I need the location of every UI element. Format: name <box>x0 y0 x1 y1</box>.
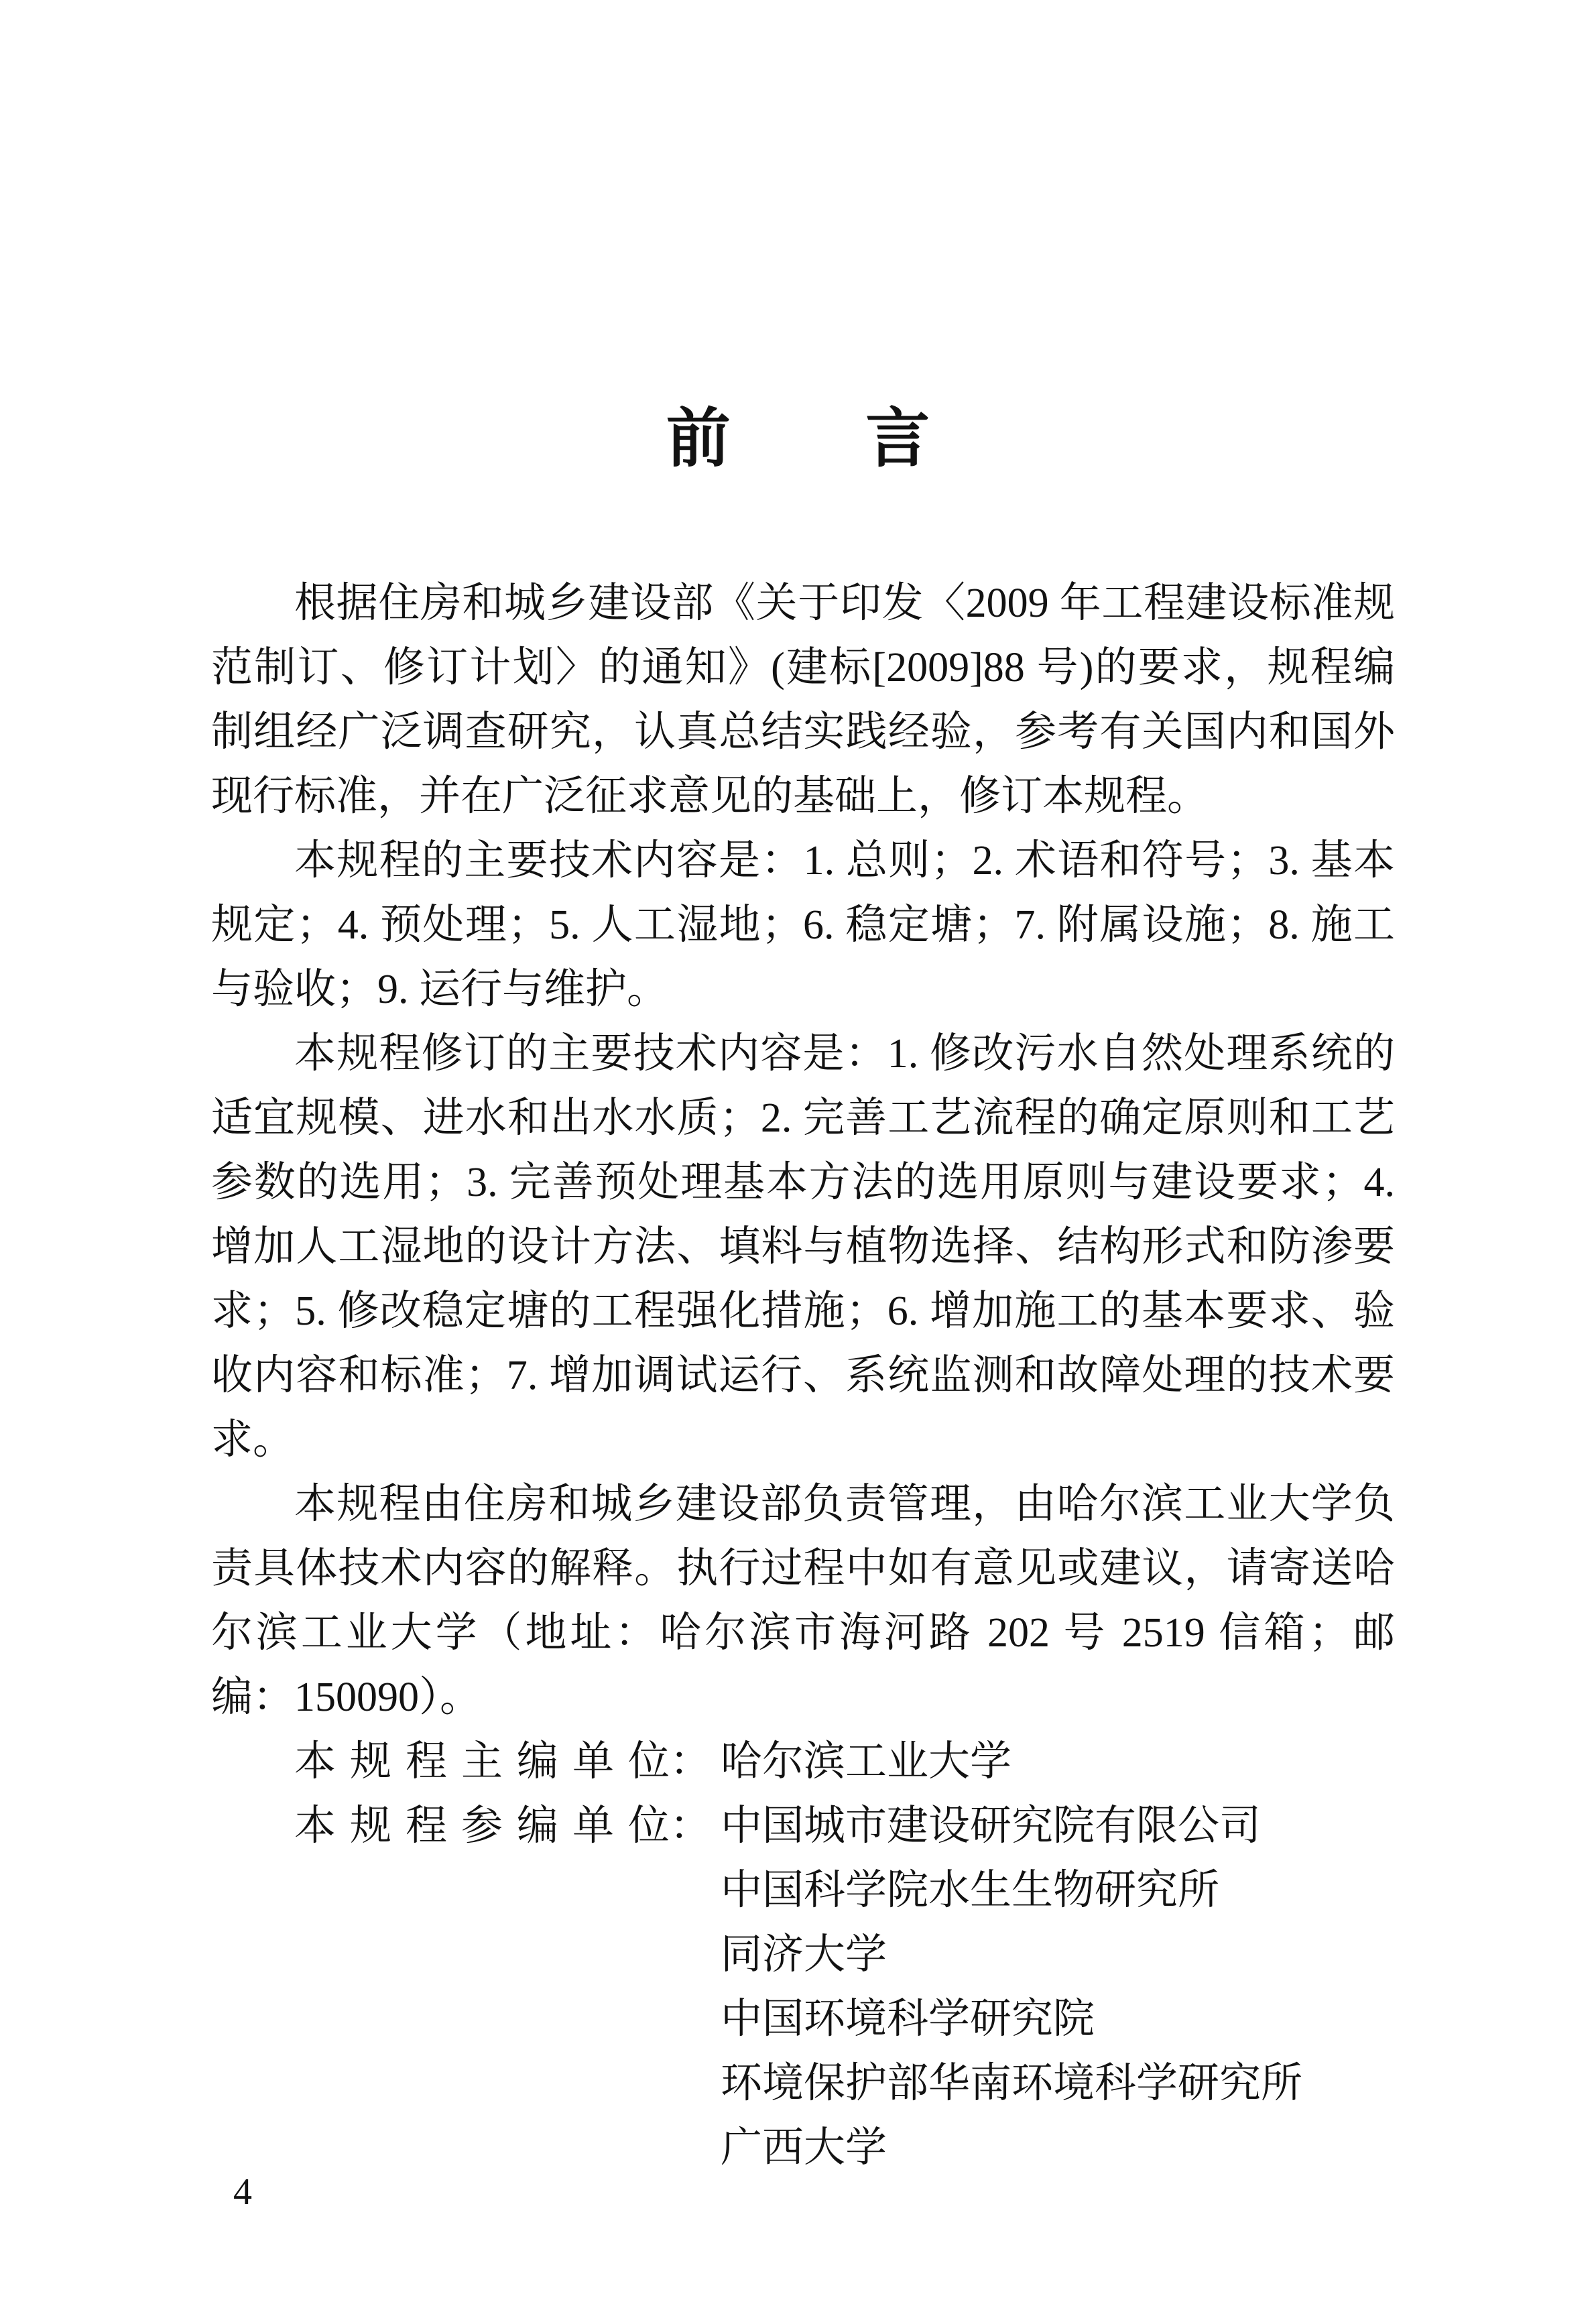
paragraph-management-contact: 本规程由住房和城乡建设部负责管理，由哈尔滨工业大学负责具体技术内容的解释。执行过… <box>211 1472 1395 1729</box>
paragraph-main-contents: 本规程的主要技术内容是：1. 总则；2. 术语和符号；3. 基本规定；4. 预处… <box>211 829 1395 1022</box>
co-editor-colon: ： <box>670 1794 711 1858</box>
chief-editor-row: 本规程主编单位 ： 哈尔滨工业大学 <box>294 1729 1395 1794</box>
paragraph-basis: 根据住房和城乡建设部《关于印发〈2009 年工程建设标准规范制订、修订计划〉的通… <box>211 571 1395 829</box>
co-editor-unit: 广西大学 <box>721 2116 1302 2180</box>
co-editor-unit: 中国城市建设研究院有限公司 <box>721 1794 1302 1858</box>
co-editor-row: 本规程参编单位 ： 中国城市建设研究院有限公司 中国科学院水生生物研究所 同济大… <box>294 1794 1395 2180</box>
co-editor-label: 本规程参编单位 <box>294 1794 670 1858</box>
co-editor-units: 中国城市建设研究院有限公司 中国科学院水生生物研究所 同济大学 中国环境科学研究… <box>721 1794 1302 2180</box>
co-editor-unit: 中国环境科学研究院 <box>721 1987 1302 2051</box>
page-title: 前言 <box>0 387 1596 479</box>
co-editor-unit: 中国科学院水生生物研究所 <box>721 1858 1302 1923</box>
chief-editor-label: 本规程主编单位 <box>294 1729 670 1794</box>
co-editor-unit: 同济大学 <box>721 1923 1302 1987</box>
chief-editor-colon: ： <box>670 1729 711 1794</box>
paragraph-revised-contents: 本规程修订的主要技术内容是：1. 修改污水自然处理系统的适宜规模、进水和出水水质… <box>211 1022 1395 1472</box>
document-page: 前言 根据住房和城乡建设部《关于印发〈2009 年工程建设标准规范制订、修订计划… <box>0 0 1596 2310</box>
page-number: 4 <box>233 2171 252 2213</box>
body-text: 根据住房和城乡建设部《关于印发〈2009 年工程建设标准规范制订、修订计划〉的通… <box>211 571 1395 2180</box>
co-editor-unit: 环境保护部华南环境科学研究所 <box>721 2051 1302 2116</box>
chief-editor-unit: 哈尔滨工业大学 <box>721 1729 1011 1794</box>
